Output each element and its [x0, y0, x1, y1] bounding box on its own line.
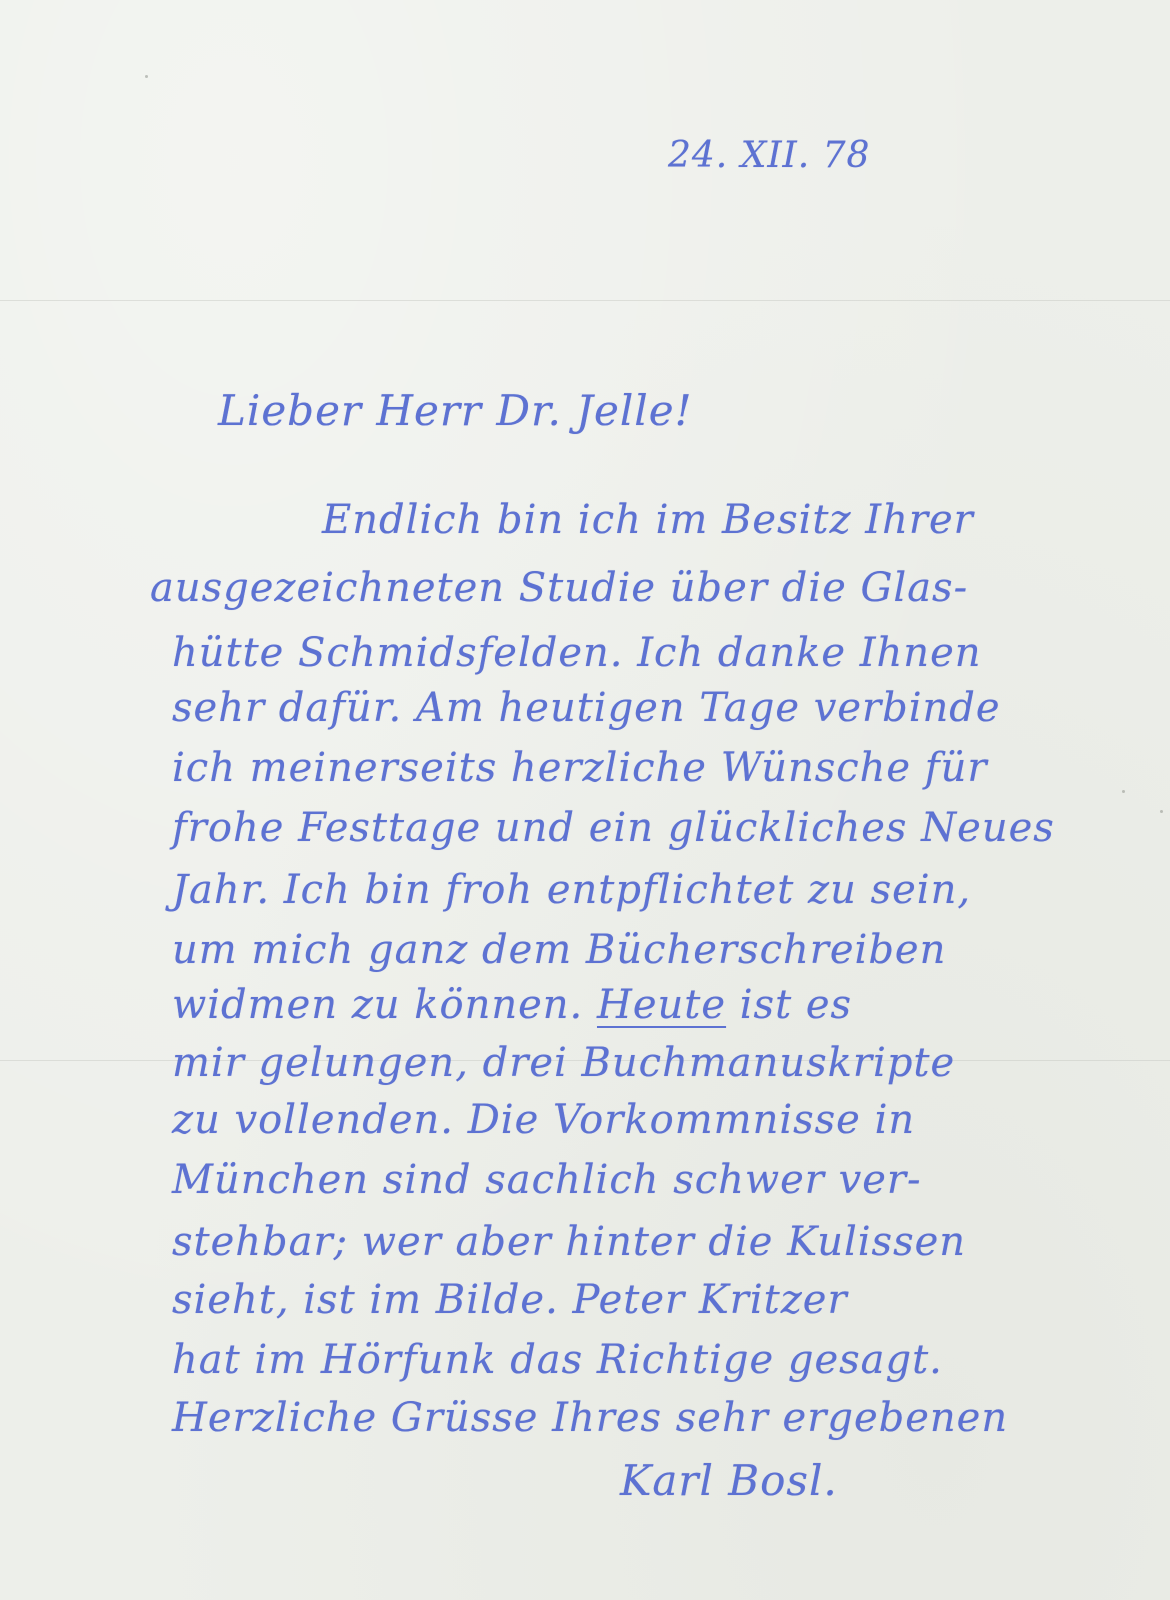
body-line-tail: ist es — [726, 982, 852, 1028]
paper-speck — [1160, 810, 1163, 813]
body-line: stehbar; wer aber hinter die Kulissen — [172, 1222, 966, 1262]
body-line: frohe Festtage und ein glückliches Neues — [172, 808, 1055, 848]
body-line: zu vollenden. Die Vorkommnisse in — [172, 1100, 915, 1140]
letter-paper: 24. XII. 78 Lieber Herr Dr. Jelle! Endli… — [0, 0, 1170, 1600]
paper-speck — [145, 75, 148, 78]
body-line: sehr dafür. Am heutigen Tage verbinde — [172, 688, 1001, 728]
body-line: mir gelungen, drei Buchmanuskripte — [172, 1043, 955, 1083]
paper-crease — [0, 300, 1170, 301]
body-line: Jahr. Ich bin froh entpflichtet zu sein, — [172, 870, 971, 910]
letter-date: 24. XII. 78 — [668, 138, 870, 174]
body-line: München sind sachlich schwer ver- — [172, 1160, 922, 1200]
body-line-text: widmen zu können. — [172, 982, 583, 1028]
paper-speck — [1122, 790, 1125, 793]
body-line: Endlich bin ich im Besitz Ihrer — [322, 500, 974, 540]
body-line: ausgezeichneten Studie über die Glas- — [150, 568, 968, 608]
body-line: hütte Schmidsfelden. Ich danke Ihnen — [172, 633, 982, 673]
closing-line: Herzliche Grüsse Ihres sehr ergebenen — [172, 1398, 1008, 1438]
underlined-word: Heute — [597, 982, 726, 1028]
letter-salutation: Lieber Herr Dr. Jelle! — [218, 390, 692, 432]
body-line: sieht, ist im Bilde. Peter Kritzer — [172, 1280, 848, 1320]
body-line: ich meinerseits herzliche Wünsche für — [172, 748, 987, 788]
body-line: widmen zu können. Heute ist es — [172, 985, 852, 1025]
body-line: um mich ganz dem Bücherschreiben — [172, 930, 946, 970]
body-line: hat im Hörfunk das Richtige gesagt. — [172, 1340, 943, 1380]
signature: Karl Bosl. — [620, 1460, 838, 1502]
